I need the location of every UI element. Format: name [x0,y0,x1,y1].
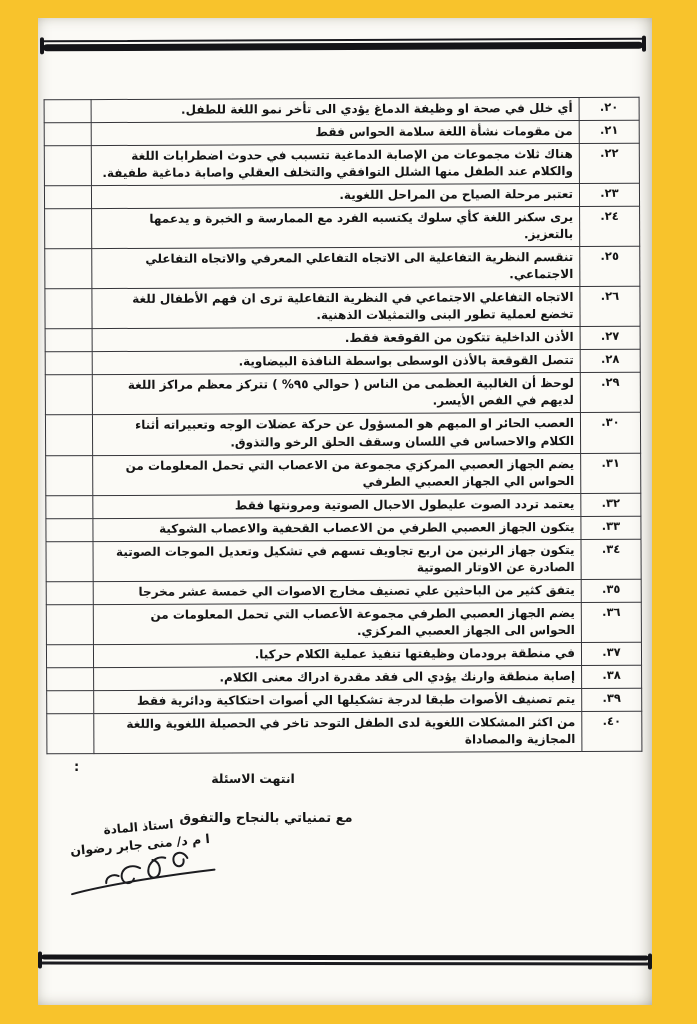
answer-cell [47,690,94,713]
table-row: ٣٨. إصابة منطقة وارنك يؤدي الى فقد مقدرة… [47,665,642,691]
instructor-signature-block: استاذ المادة ا م د/ منى جابر رضوان [43,812,239,900]
paper-sheet: ٢٠. أي خلل في صحة او وظيفة الدماغ يؤدي ا… [38,18,652,1005]
answer-cell [44,100,91,123]
answer-cell [45,209,92,249]
question-text: يضم الجهاز العصبي الطرفي مجموعة الأعصاب … [93,602,581,644]
question-text: تنقسم النظرية التفاعلية الى الاتجاه التف… [92,247,580,289]
question-text: في منطقة برودمان وظيفتها تنفيذ عملية الك… [93,642,581,667]
question-text: تتصل القوقعة بالأذن الوسطى بواسطة النافذ… [92,350,580,375]
table-row: ٢٨. تتصل القوقعة بالأذن الوسطى بواسطة ال… [45,350,640,376]
question-number: ٢٦. [580,286,640,326]
answer-cell [44,186,91,209]
answer-cell [44,123,91,146]
table-row: ٢٤. يرى سكنر اللغة كأي سلوك يكتسبه الفرد… [45,206,640,249]
top-bar-thick-line [43,42,643,52]
question-number: ٣٣. [581,516,641,539]
bottom-bar-thin-line [41,961,649,965]
table-row: ٢٣. تعتبر مرحلة الصياح من المراحل اللغوي… [44,183,639,209]
question-text: أي خلل في صحة او وظيفة الدماغ يؤدي الى ت… [91,97,579,122]
table-row: ٣٩. يتم تصنيف الأصوات طبقا لدرجة تشكيلها… [47,688,642,714]
question-number: ٢٠. [579,97,639,120]
scanned-exam-page: { "page": { "frame_color": "#f8c32c", "p… [0,0,697,1024]
table-row: ٣٧. في منطقة برودمان وظيفتها تنفيذ عملية… [46,642,641,668]
question-text: يتكون الجهاز العصبي الطرفي من الاعصاب ال… [93,516,581,541]
answer-cell [46,455,93,495]
question-number: ٣٢. [581,493,641,516]
questions-ended-text: انتهت الاسئلة [133,771,373,786]
table-row: ٣٤. يتكون جهاز الرنين من اربع تجاويف تسه… [46,539,641,582]
top-page-edge-bar [43,38,643,52]
question-text: من اكثر المشكلات اللغوية لدى الطفل التوح… [94,711,582,753]
question-text: العصب الحائر او المبهم هو المسؤول عن حرك… [92,413,580,455]
question-table: ٢٠. أي خلل في صحة او وظيفة الدماغ يؤدي ا… [44,97,643,755]
answer-cell [45,375,92,415]
question-number: ٢١. [579,120,639,143]
table-row: ٢٦. الاتجاه التفاعلي الاجتماعي في النظري… [45,286,640,329]
question-text: الأذن الداخلية تتكون من القوقعة فقط. [92,327,580,352]
answer-cell [46,581,93,604]
question-number: ٢٤. [580,206,640,246]
table-row: ٤٠. من اكثر المشكلات اللغوية لدى الطفل ا… [47,711,642,754]
bottom-page-edge-bar [41,954,649,965]
question-text: يتفق كثير من الباحثين علي تصنيف مخارج ال… [93,579,581,604]
question-text: تعتبر مرحلة الصياح من المراحل اللغوية. [91,184,579,209]
table-row: ٣٠. العصب الحائر او المبهم هو المسؤول عن… [45,413,640,456]
answer-cell [46,644,93,667]
question-text: هناك ثلاث مجموعات من الإصابة الدماغية تت… [91,144,579,186]
question-number: ٣٤. [581,539,641,579]
question-text: إصابة منطقة وارنك يؤدي الى فقد مقدرة ادر… [94,665,582,690]
question-number: ٢٧. [580,327,640,350]
answer-cell [44,146,91,186]
question-number: ٣٧. [581,642,641,665]
question-number: ٣٠. [580,413,640,453]
answer-cell [46,495,93,518]
question-number: ٢٨. [580,350,640,373]
question-text: يرى سكنر اللغة كأي سلوك يكتسبه الفرد مع … [92,207,580,249]
question-number: ٣٩. [582,688,642,711]
question-text: يعتمد تردد الصوت عليطول الاحبال الصوتية … [93,493,581,518]
question-text: يتم تصنيف الأصوات طبقا لدرجة تشكيلها الي… [94,688,582,713]
answer-cell [47,713,94,753]
question-number: ٣٦. [581,602,641,642]
question-number: ٣١. [581,453,641,493]
table-row: ٢٢. هناك ثلاث مجموعات من الإصابة الدماغي… [44,143,639,186]
table-row: ٢٠. أي خلل في صحة او وظيفة الدماغ يؤدي ا… [44,97,639,123]
answer-cell [47,667,94,690]
answer-cell [45,249,92,289]
answer-cell [46,541,93,581]
question-number: ٢٥. [580,246,640,286]
table-row: ٣٥. يتفق كثير من الباحثين علي تصنيف مخار… [46,579,641,605]
table-row: ٢٩. لوحظ أن الغالبية العظمى من الناس ( ح… [45,373,640,416]
question-text: يتكون جهاز الرنين من اربع تجاويف تسهم في… [93,539,581,581]
question-table-body: ٢٠. أي خلل في صحة او وظيفة الدماغ يؤدي ا… [44,97,642,754]
question-text: من مقومات نشأة اللغة سلامة الحواس فقط [91,120,579,145]
question-number: ٣٨. [582,665,642,688]
table-row: ٣٦. يضم الجهاز العصبي الطرفي مجموعة الأع… [46,602,641,645]
question-number: ٤٠. [582,711,642,751]
answer-cell [46,518,93,541]
question-number: ٢٣. [579,183,639,206]
table-row: ٢١. من مقومات نشأة اللغة سلامة الحواس فق… [44,120,639,146]
answer-cell [46,604,93,644]
answer-cell [45,415,92,455]
table-row: ٢٧. الأذن الداخلية تتكون من القوقعة فقط. [45,327,640,353]
answer-cell [45,289,92,329]
question-number: ٣٥. [581,579,641,602]
question-number: ٢٢. [579,143,639,183]
question-text: لوحظ أن الغالبية العظمى من الناس ( حوالي… [92,373,580,415]
question-number: ٢٩. [580,373,640,413]
question-text: يضم الجهاز العصبي المركزي مجموعة من الاع… [93,453,581,495]
table-row: ٣٢. يعتمد تردد الصوت عليطول الاحبال الصو… [46,493,641,519]
table-row: ٢٥. تنقسم النظرية التفاعلية الى الاتجاه … [45,246,640,289]
table-row: ٣٣. يتكون الجهاز العصبي الطرفي من الاعصا… [46,516,641,542]
answer-cell [45,329,92,352]
table-row: ٣١. يضم الجهاز العصبي المركزي مجموعة من … [46,453,641,496]
stray-colon-mark: : [74,760,79,775]
question-text: الاتجاه التفاعلي الاجتماعي في النظرية ال… [92,287,580,329]
answer-cell [45,352,92,375]
